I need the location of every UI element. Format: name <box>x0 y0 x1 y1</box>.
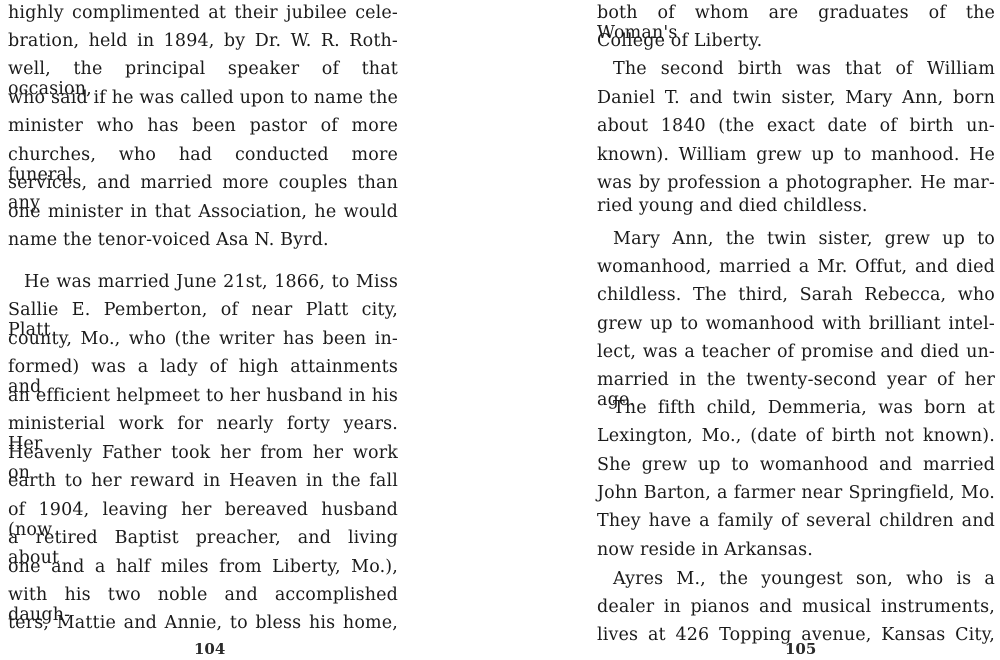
text-line: Sallie E. Pemberton, of near Platt city,… <box>8 300 398 320</box>
text-line: with his two noble and accomplished daug… <box>8 585 398 605</box>
text-line: now reside in Arkansas. <box>597 540 813 560</box>
text-line: of 1904, leaving her bereaved husband (n… <box>8 500 398 520</box>
text-line: highly complimented at their jubilee cel… <box>8 3 398 23</box>
page-number: 105 <box>785 640 816 658</box>
text-line: womanhood, married a Mr. Offut, and died <box>597 257 995 277</box>
text-line: grew up to womanhood with brilliant inte… <box>597 314 995 334</box>
paragraph-start-line: He was married June 21st, 1866, to Miss <box>8 272 398 292</box>
text-line: about 1840 (the exact date of birth un- <box>597 116 995 136</box>
page-number: 104 <box>194 640 225 658</box>
text-line: married in the twenty-second year of her… <box>597 370 995 390</box>
text-line: bration, held in 1894, by Dr. W. R. Roth… <box>8 31 398 51</box>
text-line: both of whom are graduates of the Woman'… <box>597 3 995 23</box>
left-page: highly complimented at their jubilee cel… <box>8 0 398 660</box>
text-line: one and a half miles from Liberty, Mo.), <box>8 557 398 577</box>
text-line: childless. The third, Sarah Rebecca, who <box>597 285 995 305</box>
text-line: Heavenly Father took her from her work o… <box>8 443 398 463</box>
text-line: ters, Mattie and Annie, to bless his hom… <box>8 613 398 633</box>
text-line: dealer in pianos and musical instruments… <box>597 597 995 617</box>
paragraph-start-line: The fifth child, Demmeria, was born at <box>597 398 995 418</box>
text-line: lect, was a teacher of promise and died … <box>597 342 995 362</box>
text-line: earth to her reward in Heaven in the fal… <box>8 471 398 491</box>
text-line: College of Liberty. <box>597 31 762 51</box>
paragraph-start-line: The second birth was that of William <box>597 59 995 79</box>
text-line: an efficient helpmeet to her husband in … <box>8 386 398 406</box>
right-page: both of whom are graduates of the Woman'… <box>597 0 995 660</box>
text-line: She grew up to womanhood and married <box>597 455 995 475</box>
text-line: Daniel T. and twin sister, Mary Ann, bor… <box>597 88 995 108</box>
text-line: formed) was a lady of high attainments a… <box>8 357 398 377</box>
text-line: services, and married more couples than … <box>8 173 398 193</box>
text-line: well, the principal speaker of that occa… <box>8 59 398 79</box>
text-line: a retired Baptist preacher, and living a… <box>8 528 398 548</box>
text-line: minister who has been pastor of more <box>8 116 398 136</box>
text-line: ried young and died childless. <box>597 196 868 216</box>
text-line: They have a family of several children a… <box>597 511 995 531</box>
text-line: known). William grew up to manhood. He <box>597 145 995 165</box>
text-line: ministerial work for nearly forty years.… <box>8 414 398 434</box>
text-line: churches, who had conducted more funeral <box>8 145 398 165</box>
text-line: who said if he was called upon to name t… <box>8 88 398 108</box>
text-line: John Barton, a farmer near Springfield, … <box>597 483 995 503</box>
text-line: county, Mo., who (the writer has been in… <box>8 329 398 349</box>
text-line: one minister in that Association, he wou… <box>8 202 398 222</box>
paragraph-start-line: Mary Ann, the twin sister, grew up to <box>597 229 995 249</box>
paragraph-start-line: Ayres M., the youngest son, who is a <box>597 569 995 589</box>
text-line: was by profession a photographer. He mar… <box>597 173 995 193</box>
text-line: name the tenor-voiced Asa N. Byrd. <box>8 230 329 250</box>
text-line: Lexington, Mo., (date of birth not known… <box>597 426 995 446</box>
